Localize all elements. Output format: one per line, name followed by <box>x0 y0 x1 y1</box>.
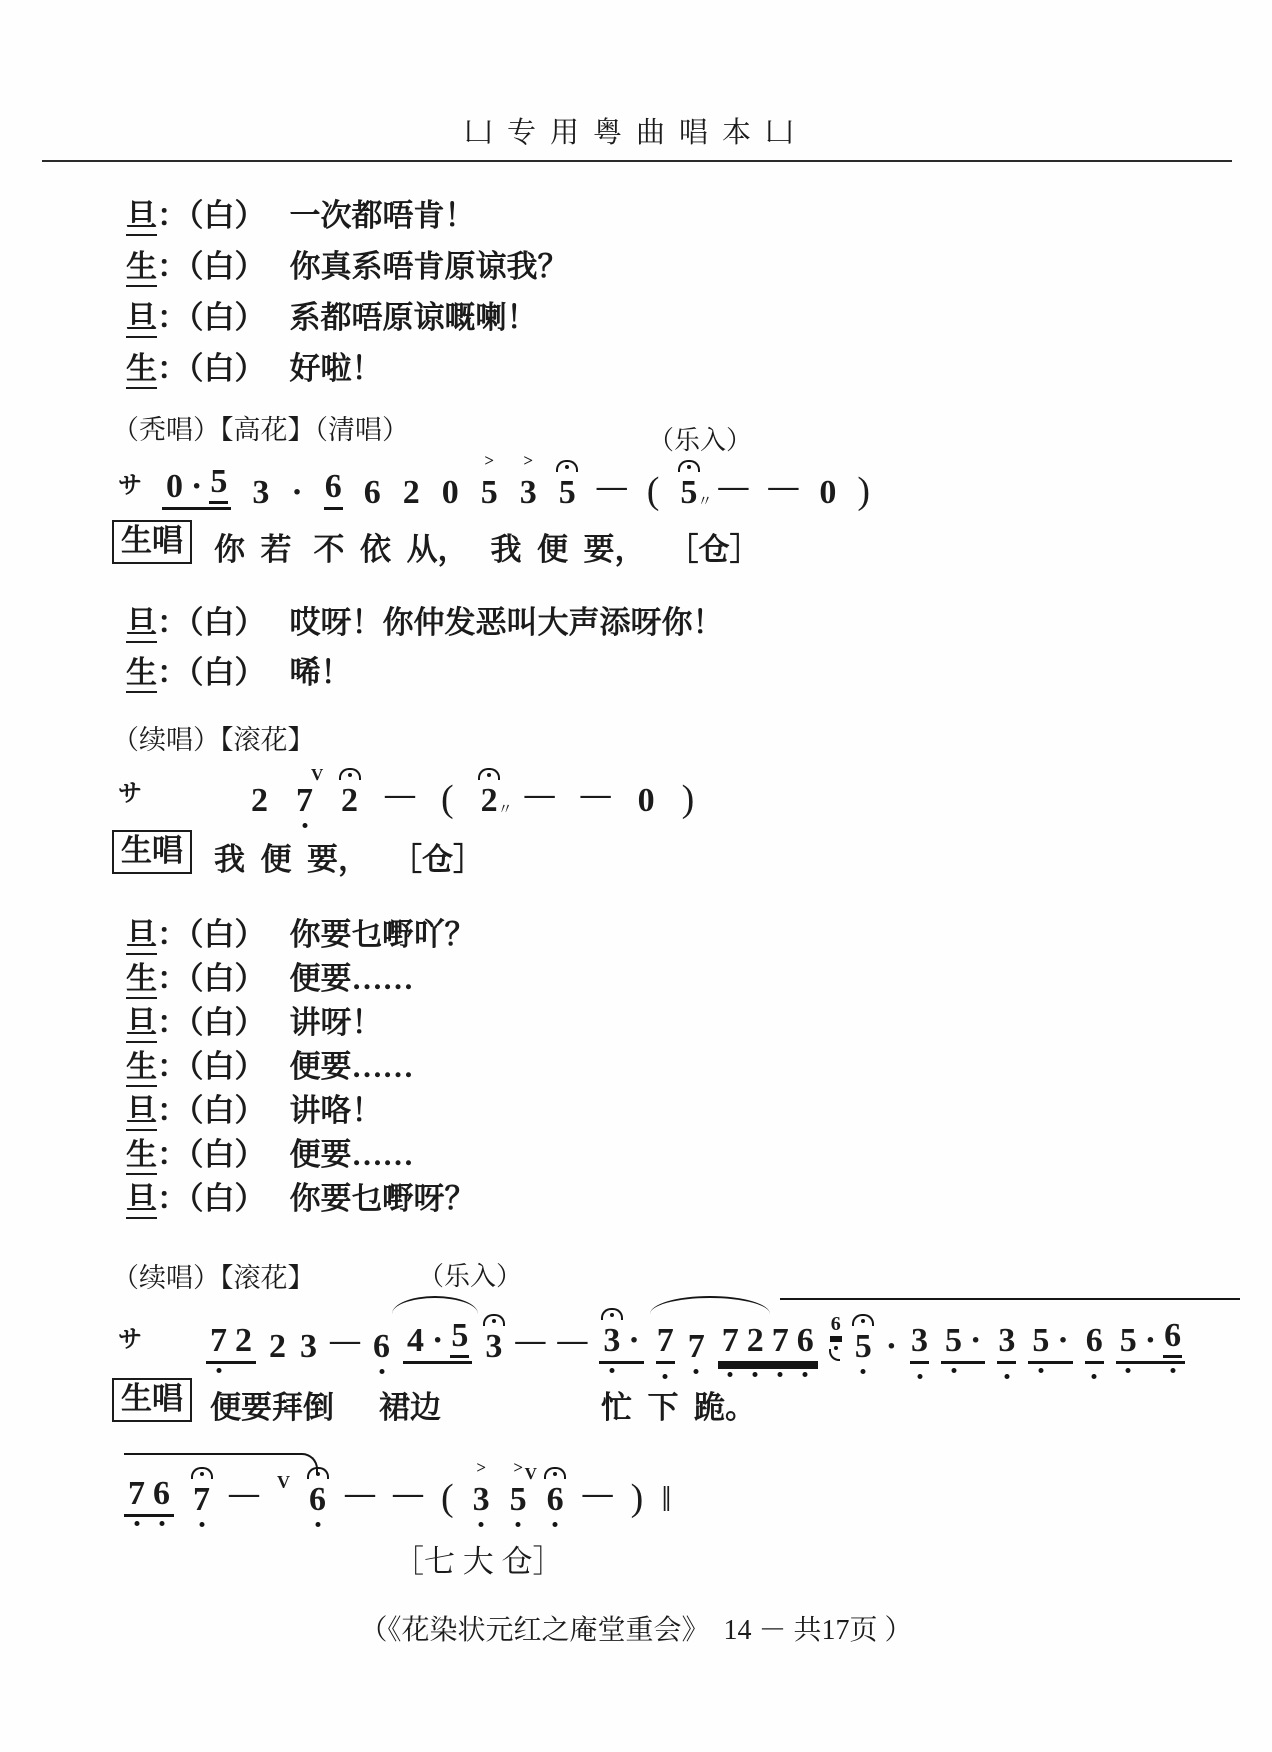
speaker-role: 旦 <box>126 605 157 643</box>
duration-dash: — <box>525 780 555 810</box>
speaker-role: 生 <box>126 655 157 693</box>
low-octave-dot <box>159 1521 164 1526</box>
section-label-1: （秃唱）【高花】（清唱） <box>112 408 409 447</box>
low-octave-dot <box>753 1372 758 1377</box>
music-note: 6 <box>363 476 382 510</box>
low-octave-dot <box>1092 1374 1097 1379</box>
phrase-line <box>124 1453 318 1475</box>
speaker-role: 旦 <box>126 198 157 236</box>
dialogue-text: 讲呀！ <box>290 1005 383 1040</box>
accent-icon: > <box>476 1459 486 1476</box>
music-note: 6 <box>546 1483 565 1517</box>
speech-tag: ：（白） <box>157 961 266 996</box>
dialogue-line: 旦：（白）讲咯！ <box>126 1089 1242 1133</box>
music-line-2: サ27V2—(2〃——0) <box>0 766 1272 818</box>
lyric-line-2: 生唱我 便 要，［仓］ <box>112 830 484 879</box>
speaker-role: 生 <box>126 351 157 389</box>
duration-dash: — <box>385 780 415 810</box>
singer-tag-box: 生唱 <box>112 830 192 874</box>
music-note: · <box>190 470 203 504</box>
slur-arc <box>392 1296 478 1314</box>
music-note: 3> <box>472 1483 491 1517</box>
music-line-3: サ7223—64·53——3·77727665·35·35·65·6 <box>0 1312 1272 1364</box>
fermata-icon <box>601 1308 623 1320</box>
fermata-icon <box>678 460 700 472</box>
dialogue-text: 便要…… <box>290 961 414 996</box>
dialogue-line: 旦：（白）你要乜嘢吖？ <box>126 913 1242 957</box>
dialogue-text: 便要…… <box>290 1049 414 1084</box>
speech-tag: ：（白） <box>157 1093 266 1128</box>
lyric-line-3: 生唱便要拜倒裙边忙 下 跪。 <box>112 1378 756 1427</box>
speaker-role: 生 <box>126 961 157 999</box>
speech-tag: ：（白） <box>157 198 266 233</box>
music-note: 7 <box>127 1477 146 1511</box>
music-note: · <box>431 1324 444 1358</box>
music-note: 3 <box>251 476 270 510</box>
grace-tie-icon <box>829 1349 840 1361</box>
speaker-role: 旦 <box>126 917 157 955</box>
singer-tag-box: 生唱 <box>112 1378 192 1422</box>
music-note: 6 <box>308 1483 327 1517</box>
duration-dash: — <box>229 1479 259 1509</box>
accent-icon: > <box>523 452 533 469</box>
fermata-icon <box>483 1314 505 1326</box>
dialogue-text: 你要乜嘢呀？ <box>290 1181 476 1216</box>
music-note: 0 <box>637 784 656 818</box>
dialogue-block-2: 旦：（白）哎呀！你仲发恶叫大声添呀你！生：（白）唏！ <box>126 598 1242 698</box>
duration-dash: — <box>581 780 611 810</box>
breath-mark-icon: V <box>277 1473 290 1491</box>
dialogue-text: 你真系唔肯原谅我？ <box>290 249 569 284</box>
speech-tag: ：（白） <box>157 1049 266 1084</box>
music-note: 6 <box>324 470 343 510</box>
parenthesis: ) <box>631 1479 644 1517</box>
duration-dash: — <box>718 472 748 502</box>
low-octave-dot <box>516 1522 521 1527</box>
low-octave-dot <box>134 1521 139 1526</box>
dialogue-line: 生：（白）便要…… <box>126 1133 1242 1177</box>
beamed-group: 0·5 <box>162 465 231 510</box>
low-octave-dot <box>302 823 307 828</box>
fermata-icon <box>556 460 578 472</box>
percussion-coda-label: ［七 大 仓］ <box>393 1536 564 1581</box>
music-note: 6 <box>1085 1324 1104 1364</box>
music-note: · <box>627 1324 640 1358</box>
fermata-icon <box>339 768 361 780</box>
score-page: 凵专用粤曲唱本凵 旦：（白）一次都唔肯！生：（白）你真系唔肯原谅我？旦：（白）系… <box>0 0 1272 1752</box>
music-note: 3 <box>910 1324 929 1364</box>
music-note: 5〃 <box>679 476 698 510</box>
dialogue-text: 唏！ <box>290 655 352 690</box>
lyric-text: 裙边 <box>379 1378 441 1427</box>
section-label-2: （续唱）【滚花】 <box>112 718 315 757</box>
speech-tag: ：（白） <box>157 1181 266 1216</box>
music-note: 7 <box>771 1324 790 1358</box>
duration-dash: — <box>330 1326 360 1356</box>
music-note: 7 <box>721 1324 740 1358</box>
dialogue-text: 讲咯！ <box>290 1093 383 1128</box>
duration-dash: — <box>583 1479 613 1509</box>
music-note: 2 <box>746 1324 765 1358</box>
fermata-icon <box>852 1314 874 1326</box>
speaker-role: 生 <box>126 1049 157 1087</box>
parenthesis: ) <box>857 472 870 510</box>
speech-tag: ：（白） <box>157 1005 266 1040</box>
low-octave-dot <box>1126 1368 1131 1373</box>
low-octave-dot <box>803 1372 808 1377</box>
music-note: 6 <box>1163 1319 1182 1358</box>
dialogue-line: 生：（白）便要…… <box>126 1045 1242 1089</box>
beamed-group: 7276 <box>718 1324 818 1364</box>
music-enter-label-1: （乐入） <box>648 420 752 457</box>
music-note: 5 <box>450 1319 469 1358</box>
duration-dash: — <box>768 472 798 502</box>
dialogue-line: 生：（白）你真系唔肯原谅我？ <box>126 241 1242 292</box>
dialogue-text: 一次都唔肯！ <box>290 198 476 233</box>
dialogue-text: 便要…… <box>290 1137 414 1172</box>
music-note: 5 <box>558 476 577 510</box>
lyric-text: ［仓］ <box>668 520 761 569</box>
tremolo-icon: 〃 <box>498 803 513 818</box>
music-note: 4 <box>406 1324 425 1358</box>
dialogue-block-1: 旦：（白）一次都唔肯！生：（白）你真系唔肯原谅我？旦：（白）系都唔原谅嘅喇！生：… <box>126 190 1242 394</box>
music-note: 5> <box>480 476 499 510</box>
music-note: · <box>969 1324 982 1358</box>
duration-dash: — <box>597 472 627 502</box>
free-meter-sign: サ <box>118 465 142 500</box>
lyric-text: 不 依 从， <box>314 520 469 569</box>
music-note: 2 <box>234 1324 253 1358</box>
fermata-icon <box>478 768 500 780</box>
speaker-role: 旦 <box>126 300 157 338</box>
dialogue-line: 生：（白）好啦！ <box>126 343 1242 394</box>
accent-icon: > <box>484 452 494 469</box>
low-octave-dot <box>379 1369 384 1374</box>
music-note: 7 <box>687 1330 706 1364</box>
music-note: 2 <box>268 1330 287 1364</box>
header-divider <box>42 160 1232 162</box>
beamed-group: 3· <box>599 1324 643 1364</box>
dialogue-text: 好啦！ <box>290 351 383 386</box>
duration-dash: — <box>515 1326 545 1356</box>
duration-dash: — <box>345 1479 375 1509</box>
breath-mark-icon: V <box>311 766 323 783</box>
breath-mark-icon: V <box>525 1465 537 1482</box>
music-note: 7V <box>295 784 314 818</box>
page-footer: （《花染状元红之庵堂重会》 14 － 共17页 ） <box>0 1608 1272 1648</box>
music-note: 3> <box>519 476 538 510</box>
low-octave-dot <box>315 1522 320 1527</box>
music-note: 6 <box>830 1314 842 1338</box>
beamed-group: 76 <box>124 1477 174 1517</box>
lyric-text: 你 若 <box>214 520 292 569</box>
music-note: 7 <box>209 1324 228 1358</box>
music-line-1: サ0·53·66205>3>5—(5〃——0) <box>0 458 1272 510</box>
free-meter-sign: サ <box>118 1319 142 1354</box>
music-note: 3 <box>602 1324 621 1358</box>
parenthesis: ( <box>441 1479 454 1517</box>
tremolo-icon: 〃 <box>697 495 712 510</box>
music-note: 3 <box>484 1330 503 1364</box>
low-octave-dot <box>199 1522 204 1527</box>
music-note: 2 <box>340 784 359 818</box>
parenthesis: ( <box>647 472 660 510</box>
low-octave-dot <box>1170 1368 1175 1373</box>
dialogue-text: 哎呀！你仲发恶叫大声添呀你！ <box>290 605 724 640</box>
low-octave-dot <box>609 1368 614 1373</box>
dialogue-line: 生：（白）便要…… <box>126 957 1242 1001</box>
final-barline: ‖ <box>661 1481 671 1517</box>
speech-tag: ：（白） <box>157 351 266 386</box>
music-note: 7 <box>656 1324 675 1364</box>
music-note: 5 <box>209 465 228 504</box>
low-octave-dot <box>479 1522 484 1527</box>
page-header-title: 凵专用粤曲唱本凵 <box>0 110 1272 151</box>
music-note: 6 <box>372 1330 391 1364</box>
lyric-text: 便要拜倒 <box>210 1378 334 1427</box>
singer-tag-box: 生唱 <box>112 520 192 564</box>
music-note: 3 <box>299 1330 318 1364</box>
speech-tag: ：（白） <box>157 300 266 335</box>
speech-tag: ：（白） <box>157 655 266 690</box>
music-note: 5 <box>1119 1324 1138 1358</box>
music-note: 0 <box>441 476 460 510</box>
parenthesis: ( <box>441 780 454 818</box>
duration-dash: — <box>557 1326 587 1356</box>
low-octave-dot <box>694 1369 699 1374</box>
music-note: 5 <box>1031 1324 1050 1358</box>
beamed-group: 5· <box>1028 1324 1072 1364</box>
low-octave-dot <box>216 1368 221 1373</box>
lyric-text: 我 便 要， <box>491 520 646 569</box>
music-note: · <box>290 476 303 510</box>
music-note: 5 <box>854 1330 873 1364</box>
phrase-line <box>780 1298 1240 1302</box>
music-note: · <box>1144 1324 1157 1358</box>
music-note: 3 <box>997 1324 1016 1364</box>
music-enter-label-3: （乐入） <box>418 1256 522 1293</box>
low-octave-dot <box>553 1522 558 1527</box>
music-note: 7 <box>192 1483 211 1517</box>
section-label-3: （续唱）【滚花】 <box>112 1256 315 1295</box>
beamed-group: 4·5 <box>403 1319 472 1364</box>
low-octave-dot <box>778 1372 783 1377</box>
dialogue-block-3: 旦：（白）你要乜嘢吖？生：（白）便要……旦：（白）讲呀！生：（白）便要……旦：（… <box>126 913 1242 1221</box>
dialogue-line: 旦：（白）哎呀！你仲发恶叫大声添呀你！ <box>126 598 1242 648</box>
lyric-line-1: 生唱你 若不 依 从，我 便 要，［仓］ <box>112 520 761 569</box>
music-note: 2 <box>250 784 269 818</box>
beamed-group: 72 <box>206 1324 256 1364</box>
slur-arc <box>650 1296 770 1314</box>
free-meter-sign: サ <box>118 773 142 808</box>
music-line-4: 767—V6——(3>5>V6—)‖ <box>0 1465 1272 1517</box>
dialogue-line: 旦：（白）讲呀！ <box>126 1001 1242 1045</box>
duration-dash: — <box>393 1479 423 1509</box>
speech-tag: ：（白） <box>157 249 266 284</box>
music-note: 6 <box>152 1477 171 1511</box>
music-note: 2 <box>402 476 421 510</box>
dialogue-line: 旦：（白）你要乜嘢呀？ <box>126 1177 1242 1221</box>
beamed-group: 5· <box>941 1324 985 1364</box>
speech-tag: ：（白） <box>157 917 266 952</box>
music-note: 6 <box>796 1324 815 1358</box>
low-octave-dot <box>728 1372 733 1377</box>
low-octave-dot <box>917 1374 922 1379</box>
music-note: · <box>1056 1324 1069 1358</box>
music-note: 5 <box>944 1324 963 1358</box>
lyric-text: ［仓］ <box>391 830 484 879</box>
speech-tag: ：（白） <box>157 605 266 640</box>
music-note: 0 <box>818 476 837 510</box>
speaker-role: 旦 <box>126 1005 157 1043</box>
accent-icon: > <box>513 1459 523 1476</box>
lyric-text: 我 便 要， <box>214 830 369 879</box>
parenthesis: ) <box>682 780 695 818</box>
dialogue-line: 旦：（白）系都唔原谅嘅喇！ <box>126 292 1242 343</box>
speaker-role: 生 <box>126 249 157 287</box>
dialogue-text: 系都唔原谅嘅喇！ <box>290 300 538 335</box>
dialogue-line: 生：（白）唏！ <box>126 648 1242 698</box>
music-note: · <box>885 1330 898 1364</box>
speaker-role: 生 <box>126 1137 157 1175</box>
music-note: 0 <box>165 470 184 504</box>
dialogue-line: 旦：（白）一次都唔肯！ <box>126 190 1242 241</box>
low-octave-dot <box>951 1368 956 1373</box>
fermata-icon <box>544 1467 566 1479</box>
speech-tag: ：（白） <box>157 1137 266 1172</box>
low-octave-dot <box>1004 1374 1009 1379</box>
speaker-role: 旦 <box>126 1093 157 1131</box>
low-octave-dot <box>861 1369 866 1374</box>
speaker-role: 旦 <box>126 1181 157 1219</box>
lyric-text: 忙 下 跪。 <box>601 1378 756 1427</box>
beamed-group: 5·6 <box>1116 1319 1185 1364</box>
dialogue-text: 你要乜嘢吖？ <box>290 917 476 952</box>
music-note: 2〃 <box>480 784 499 818</box>
low-octave-dot <box>1038 1368 1043 1373</box>
music-note: 5>V <box>509 1483 528 1517</box>
